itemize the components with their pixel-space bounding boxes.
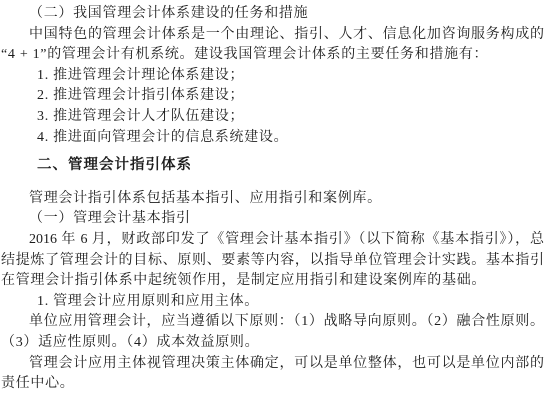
- paragraph-line: 中国特色的管理会计体系是一个由理论、指引、人才、信息化加咨询服务构成的: [0, 25, 544, 46]
- subsection-heading-basic-guideline: （一）管理会计基本指引: [0, 209, 544, 230]
- numbered-item-2: 2. 推进管理会计指引体系建设；: [0, 86, 544, 107]
- paragraph-line: “4 + 1”的管理会计有机系统。建设我国管理会计体系的主要任务和措施有：: [0, 45, 544, 66]
- paragraph-line: 在管理会计指引体系中起统领作用，是制定应用指引和建设案例库的基础。: [0, 271, 544, 292]
- paragraph-line: 单位应用管理会计，应当遵循以下原则：（1）战略导向原则。（2）融合性原则。: [0, 312, 544, 333]
- numbered-item-3: 3. 推进管理会计人才队伍建设；: [0, 107, 544, 128]
- numbered-item-principles: 1. 管理会计应用原则和应用主体。: [0, 292, 544, 313]
- paragraph-line: 责任中心。: [0, 374, 544, 395]
- paragraph-line: 结提炼了管理会计的目标、原则、要素等内容，以指导单位管理会计实践。基本指引: [0, 251, 544, 272]
- numbered-item-4: 4. 推进面向管理会计的信息系统建设。: [0, 128, 544, 149]
- numbered-item-1: 1. 推进管理会计理论体系建设；: [0, 66, 544, 87]
- subsection-heading-tasks: （二）我国管理会计体系建设的任务和措施: [0, 4, 544, 25]
- paragraph-line: 管理会计应用主体视管理决策主体确定，可以是单位整体，也可以是单位内部的: [0, 354, 544, 375]
- paragraph-line: （3）适应性原则。（4）成本效益原则。: [0, 333, 544, 354]
- section-heading-guidance-system: 二、管理会计指引体系: [0, 155, 544, 176]
- document-page: （二）我国管理会计体系建设的任务和措施 中国特色的管理会计体系是一个由理论、指引…: [0, 0, 548, 401]
- paragraph-line: 管理会计指引体系包括基本指引、应用指引和案例库。: [0, 189, 544, 210]
- paragraph-line: 2016 年 6 月，财政部印发了《管理会计基本指引》（以下简称《基本指引》），…: [0, 230, 544, 251]
